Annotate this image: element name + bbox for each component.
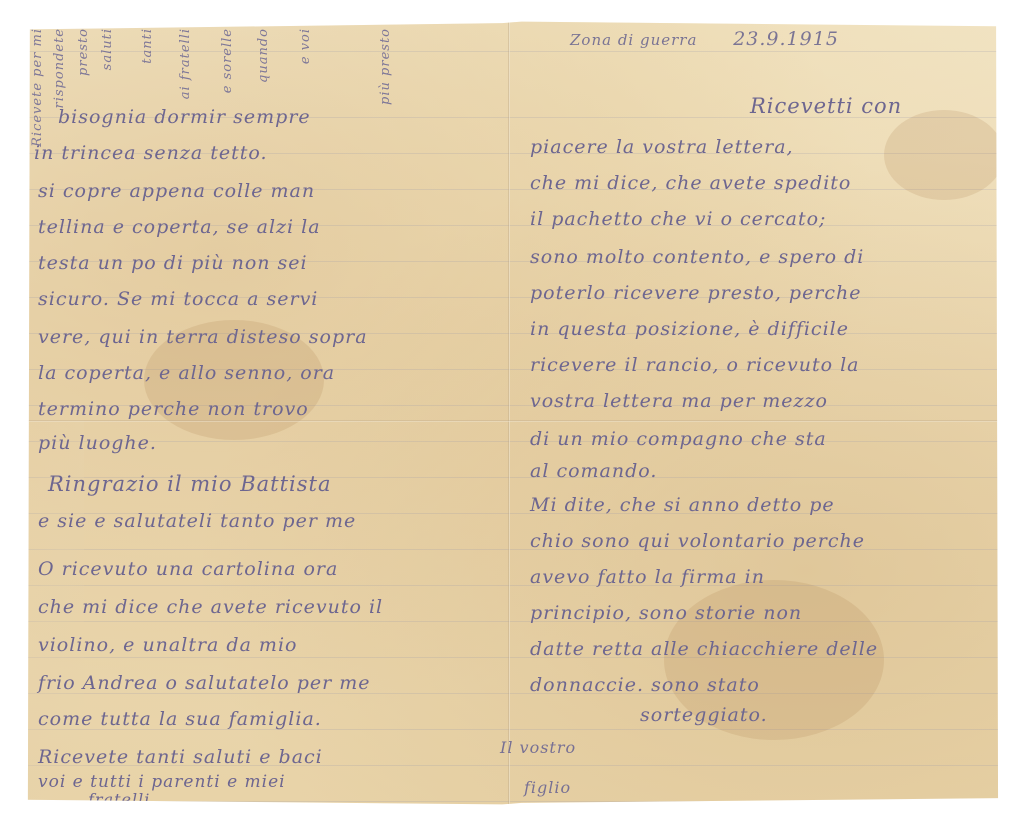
letter-line: vostra lettera ma per mezzo (530, 390, 828, 412)
letter-header: Zona di guerra 23.9.1915 (570, 28, 839, 50)
letter-line: la coperta, e allo senno, ora (38, 362, 335, 384)
letter-line: testa un po di più non sei (38, 252, 308, 274)
letter-line: frio Andrea o salutatelo per me (38, 672, 371, 694)
margin-note: saluti (100, 28, 115, 70)
letter-line: vere, qui in terra disteso sopra (38, 326, 368, 348)
letter-line: datte retta alle chiacchiere delle (530, 638, 878, 660)
right-page: Zona di guerra 23.9.1915 Ricevetti con p… (510, 20, 1000, 806)
letter-line: Ringrazio il mio Battista (48, 472, 332, 496)
letter-line: di un mio compagno che sta (530, 428, 827, 450)
letter-line: sono molto contento, e spero di (530, 246, 864, 268)
letter-line: più luoghe. (38, 432, 157, 454)
margin-note: e sorelle (220, 28, 235, 93)
letter-line: che mi dice che avete ricevuto il (38, 596, 383, 618)
margin-note: e voi (298, 28, 313, 64)
letter-line: Mi dite, che si anno detto pe (530, 494, 835, 516)
letter-line: chio sono qui volontario perche (530, 530, 865, 552)
letter-line: al comando. (530, 460, 657, 482)
letter-line: ricevere il rancio, o ricevuto la (530, 354, 859, 376)
margin-note: Ricevete per mi (30, 28, 45, 147)
letter-line: termino perche non trovo (38, 398, 309, 420)
margin-note: rispondete (52, 28, 67, 109)
letter-line: O ricevuto una cartolina ora (38, 558, 338, 580)
margin-note: ai fratelli (178, 28, 193, 99)
letter-line: donnaccie. sono stato (530, 674, 760, 696)
letter-line: violino, e unaltra da mio (38, 634, 297, 656)
margin-note: tanti (140, 28, 155, 64)
letter-line: sorteggiato. (640, 704, 768, 726)
letter-line: bisognia dormir sempre (58, 106, 311, 128)
letter-line: si copre appena colle man (38, 180, 315, 202)
letter-line: e sie e salutateli tanto per me (38, 510, 356, 532)
margin-note: quando (256, 28, 271, 83)
letter-line: fratelli (88, 790, 150, 809)
letter-line: che mi dice, che avete spedito (530, 172, 851, 194)
letter-line: Ricevete tanti saluti e baci (38, 746, 323, 768)
letter-sheet: Ricevete per mi rispondete presto saluti… (24, 20, 1000, 806)
letter-line: piacere la vostra lettera, (530, 136, 794, 158)
letter-line: Ricevetti con (750, 94, 902, 118)
letter-date: 23.9.1915 (733, 28, 839, 50)
letter-line: come tutta la sua famiglia. (38, 708, 322, 730)
letter-line: poterlo ricevere presto, perche (530, 282, 862, 304)
letter-line: tellina e coperta, se alzi la (38, 216, 321, 238)
left-page: Ricevete per mi rispondete presto saluti… (24, 20, 508, 806)
margin-note: presto (76, 28, 91, 76)
letter-line: voi e tutti i parenti e miei (38, 772, 286, 792)
letter-place: Zona di guerra (570, 31, 697, 49)
letter-line: il pachetto che vi o cercato; (530, 208, 826, 230)
letter-line: in questa posizione, è difficile (530, 318, 849, 340)
letter-line: principio, sono storie non (530, 602, 802, 624)
letter-line: sicuro. Se mi tocca a servi (38, 288, 318, 310)
margin-note: più presto (378, 28, 393, 105)
letter-line: avevo fatto la firma in (530, 566, 765, 588)
letter-line: in trincea senza tetto. (34, 142, 268, 164)
